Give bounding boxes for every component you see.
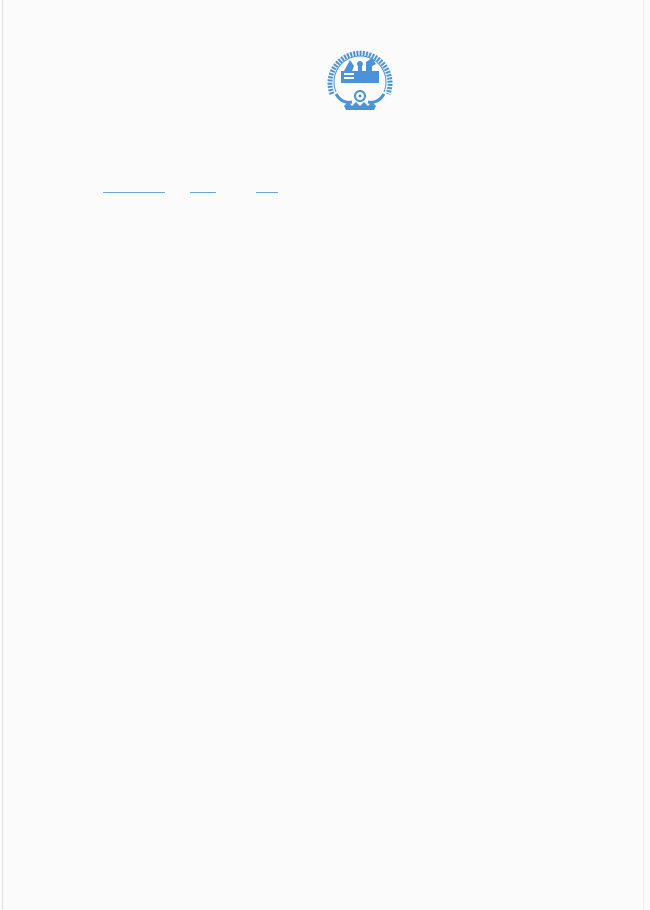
date-year-field: [103, 174, 165, 193]
page-edge: [643, 0, 644, 910]
state-emblem-icon: [322, 44, 398, 116]
page-edge: [2, 0, 3, 910]
date-day-field: [256, 174, 278, 193]
date-month-field: [190, 174, 216, 193]
document-meta-row: [0, 176, 650, 198]
